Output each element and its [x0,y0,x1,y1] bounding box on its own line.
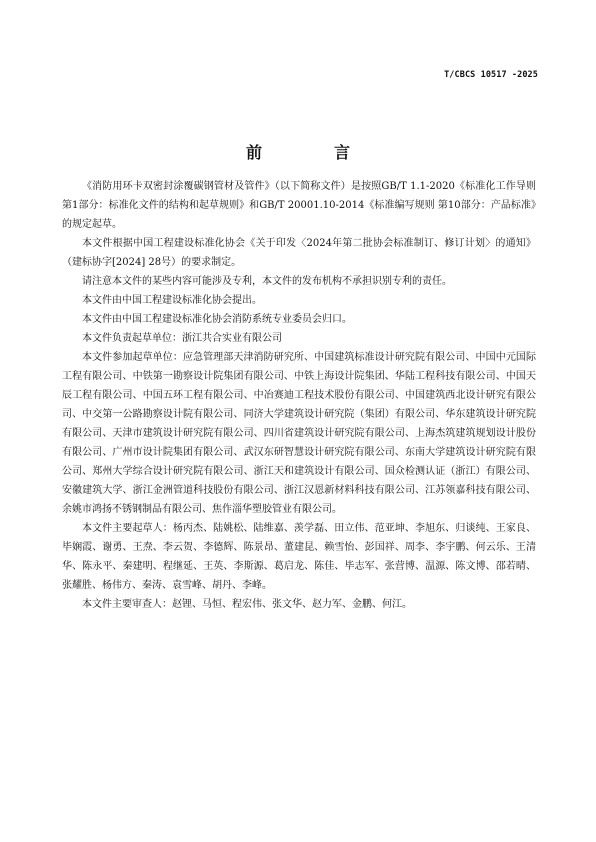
title-char-1: 前 [246,143,262,162]
foreword-body: 《消防用环卡双密封涂覆碳钢管材及管件》（以下简称文件）是按照GB/T 1.1-2… [62,177,536,614]
paragraph-main-drafters: 本文件主要起草人：杨丙杰、陆姚松、陆维嘉、羡学磊、田立伟、范亚坤、李旭东、归谈纯… [62,519,536,595]
paragraph-lead-drafting-unit: 本文件负责起草单位：浙江共合实业有限公司 [62,329,536,348]
paragraph-under-jurisdiction: 本文件由中国工程建设标准化协会消防系统专业委员会归口。 [62,310,536,329]
title-char-2: 言 [334,143,350,162]
paragraph-participating-units: 本文件参加起草单位：应急管理部天津消防研究所、中国建筑标准设计研究院有限公司、中… [62,348,536,519]
paragraph-proposed-by: 本文件由中国工程建设标准化协会提出。 [62,291,536,310]
paragraph-patent-notice: 请注意本文件的某些内容可能涉及专利，本文件的发布机构不承担识别专利的责任。 [62,272,536,291]
paragraph-main-reviewers: 本文件主要审查人：赵锂、马恒、程宏伟、张文华、赵力军、金鹏、何江。 [62,595,536,614]
page-title: 前言 [0,140,596,163]
paragraph-plan-notice: 本文件根据中国工程建设标准化协会《关于印发〈2024年第二批协会标准制订、修订计… [62,234,536,272]
standard-code: T/CBCS 10517 -2025 [444,70,538,80]
paragraph-drafting-basis: 《消防用环卡双密封涂覆碳钢管材及管件》（以下简称文件）是按照GB/T 1.1-2… [62,177,536,234]
